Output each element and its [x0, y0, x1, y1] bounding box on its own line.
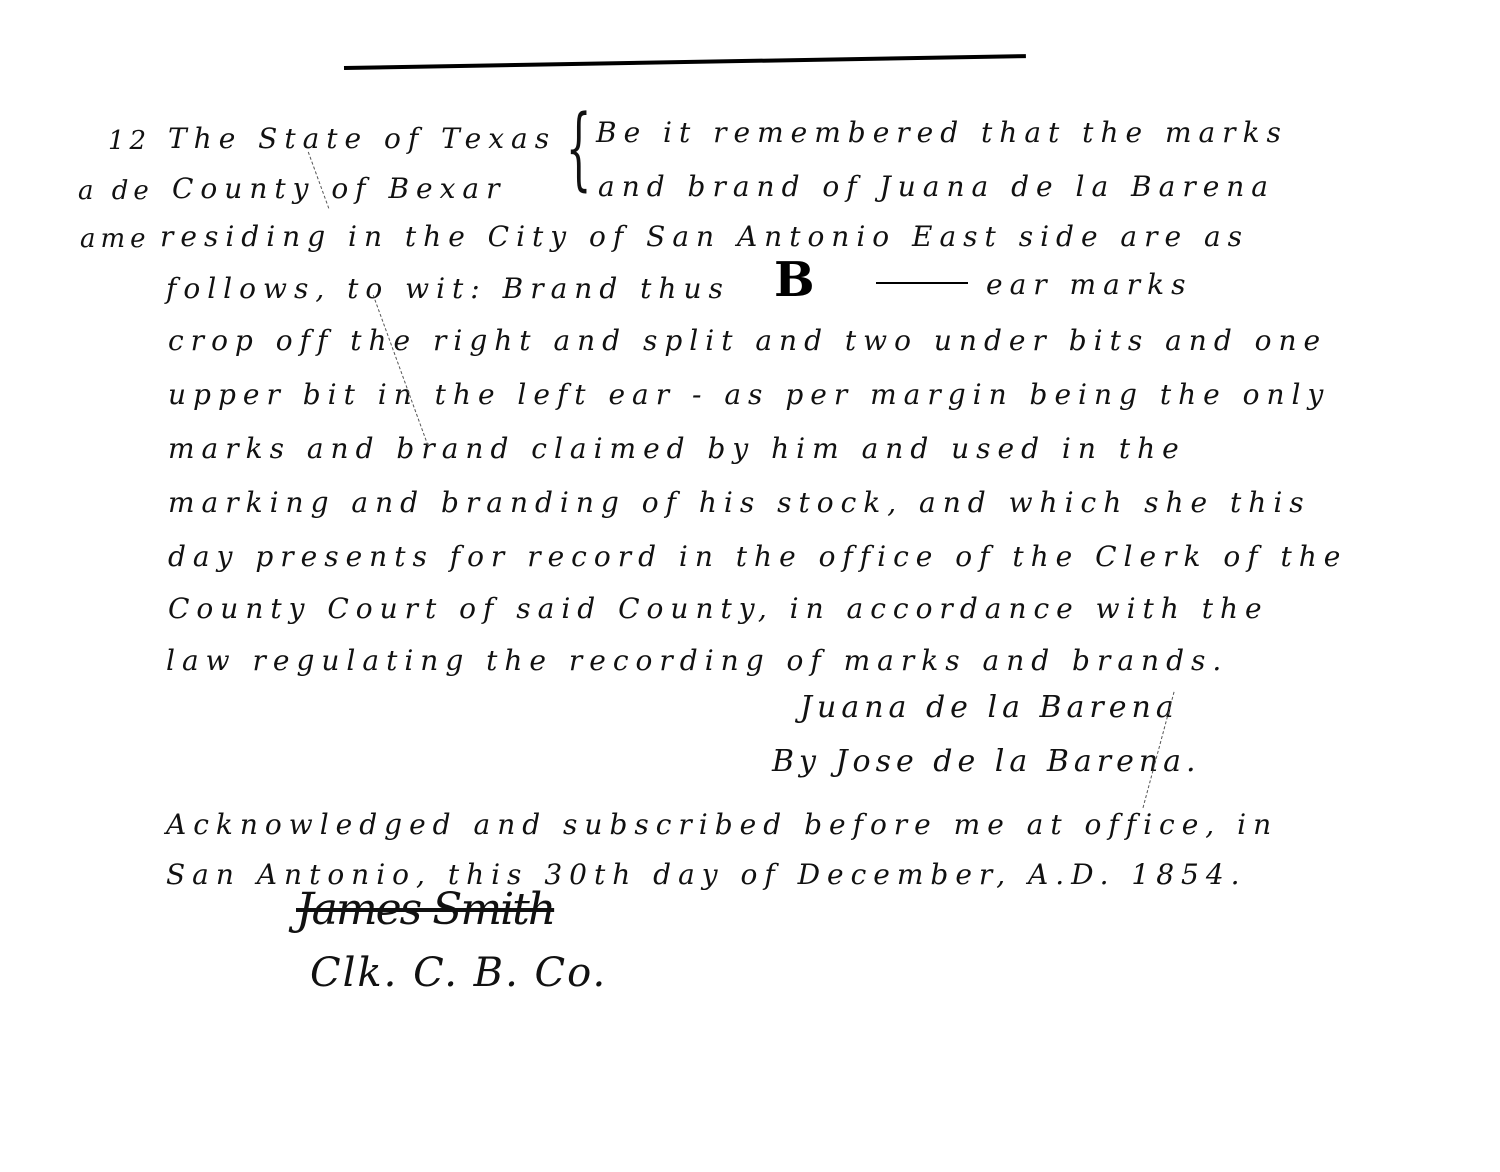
body-line-11: law regulating the recording of marks an…: [166, 644, 1228, 677]
body-line-7: marks and brand claimed by him and used …: [168, 432, 1186, 465]
acknowledgment-line-1: Acknowledged and subscribed before me at…: [166, 808, 1278, 841]
signature-agent: By Jose de la Barena.: [772, 744, 1201, 779]
body-line-8: marking and branding of his stock, and w…: [168, 486, 1311, 519]
scan-fold-mark: [373, 294, 430, 445]
body-line-10: County Court of said County, in accordan…: [168, 592, 1269, 625]
body-line-2: and brand of Juana de la Barena: [598, 170, 1275, 203]
earmark-line: [876, 282, 968, 284]
heading-brace: {: [566, 104, 592, 194]
margin-fragment-1: a de: [78, 176, 154, 206]
heading-state: The State of Texas: [168, 122, 556, 155]
top-rule: [344, 54, 1026, 70]
body-line-4: follows, to wit: Brand thus: [166, 272, 730, 305]
entry-number: 12: [108, 126, 151, 156]
body-line-earmarks: ear marks: [986, 268, 1193, 301]
brand-symbol: B: [774, 252, 815, 308]
body-line-1: Be it remembered that the marks: [596, 116, 1288, 149]
signature-principal: Juana de la Barena: [800, 690, 1179, 725]
body-line-5: crop off the right and split and two und…: [168, 324, 1327, 357]
heading-county: County of Bexar: [172, 172, 506, 205]
body-line-9: day presents for record in the office of…: [168, 540, 1347, 573]
body-line-6: upper bit in the left ear - as per margi…: [168, 378, 1330, 411]
clerk-title: Clk. C. B. Co.: [310, 950, 607, 996]
margin-fragment-2: ame: [80, 224, 151, 254]
clerk-signature: James Smith: [296, 884, 554, 935]
body-line-3: residing in the City of San Antonio East…: [160, 220, 1249, 253]
